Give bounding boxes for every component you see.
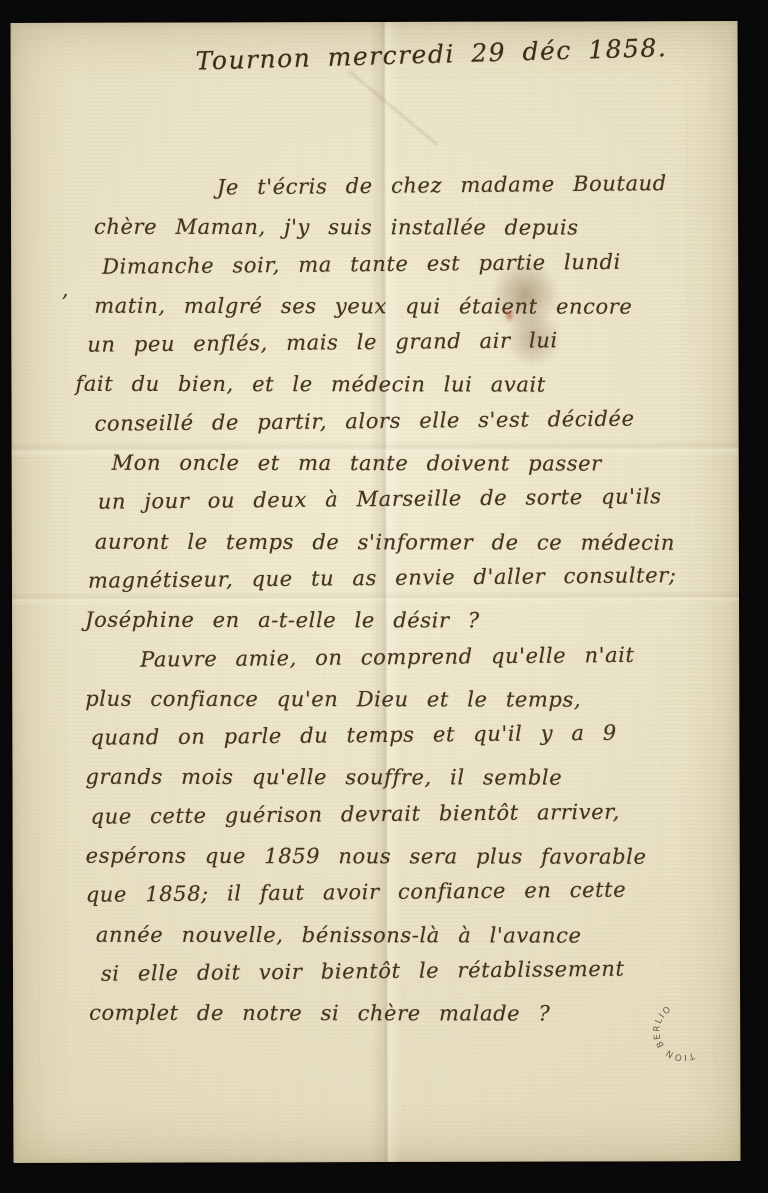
- line-text: chère Maman, j'y suis installée depuis: [94, 215, 579, 240]
- line-text: plus confiance qu'en Dieu et le temps,: [85, 687, 581, 712]
- handwritten-line: que 1858; il faut avoir confiance en cet…: [86, 870, 740, 916]
- line-text: année nouvelle, bénissons-là à l'avance: [96, 922, 582, 947]
- line-text: Pauvre amie, on comprend qu'elle n'ait: [140, 642, 635, 671]
- handwritten-line: un jour ou deux à Marseille de sorte qu'…: [98, 477, 739, 522]
- handwritten-line: que cette guérison devrait bientôt arriv…: [90, 791, 739, 837]
- handwritten-line: conseillé de partir, alors elle s'est dé…: [94, 398, 738, 443]
- line-text: si elle doit voir bientôt le rétablissem…: [101, 957, 625, 986]
- svg-text:TION BERLIOZ: TION BERLIOZ: [638, 1003, 701, 1077]
- line-text: que 1858; il faut avoir confiance en cet…: [86, 878, 627, 907]
- letter-page: Tournon mercredi 29 déc 1858. ’ Je t'écr…: [11, 21, 741, 1163]
- collection-stamp-text: TION BERLIOZ: [638, 1003, 701, 1077]
- line-text: complet de notre si chère malade ?: [89, 1001, 550, 1026]
- line-text: Mon oncle et ma tante doivent passer: [112, 451, 602, 476]
- handwritten-line: magnétiseur, que tu as envie d'aller con…: [88, 555, 739, 601]
- ink-blot: [489, 261, 569, 371]
- dateline: Tournon mercredi 29 déc 1858.: [195, 33, 667, 76]
- handwritten-line: Pauvre amie, on comprend qu'elle n'ait: [140, 634, 739, 679]
- letter-body: Je t'écris de chez madame Boutaud chère …: [11, 167, 740, 1033]
- handwritten-line: Dimanche soir, ma tante est partie lundi: [102, 241, 738, 286]
- line-text: Joséphine en a-t-elle le désir ?: [85, 608, 480, 633]
- line-text: magnétiseur, que tu as envie d'aller con…: [88, 563, 677, 593]
- line-text: que cette guérison devrait bientôt arriv…: [90, 799, 619, 828]
- line-text: grands mois qu'elle souffre, il semble: [85, 765, 562, 790]
- handwritten-line: si elle doit voir bientôt le rétablissem…: [101, 949, 740, 994]
- line-text: conseillé de partir, alors elle s'est dé…: [94, 406, 634, 435]
- wax-fleck: [504, 308, 514, 323]
- line-text: un peu enflés, mais le grand air lui: [87, 328, 558, 357]
- line-text: fait du bien, et le médecin lui avait: [75, 372, 545, 397]
- line-text: Je t'écris de chez madame Boutaud: [217, 171, 667, 199]
- handwritten-line: un peu enflés, mais le grand air lui: [87, 320, 738, 366]
- handwritten-line: Je t'écris de chez madame Boutaud: [217, 163, 738, 207]
- handwritten-line: quand on parle du temps et qu'il y a 9: [90, 713, 739, 759]
- line-text: espérons que 1859 nous sera plus favorab…: [86, 844, 647, 869]
- line-text: auront le temps de s'informer de ce méde…: [95, 529, 675, 554]
- line-text: un jour ou deux à Marseille de sorte qu'…: [98, 485, 662, 514]
- line-text: quand on parle du temps et qu'il y a 9: [90, 721, 617, 750]
